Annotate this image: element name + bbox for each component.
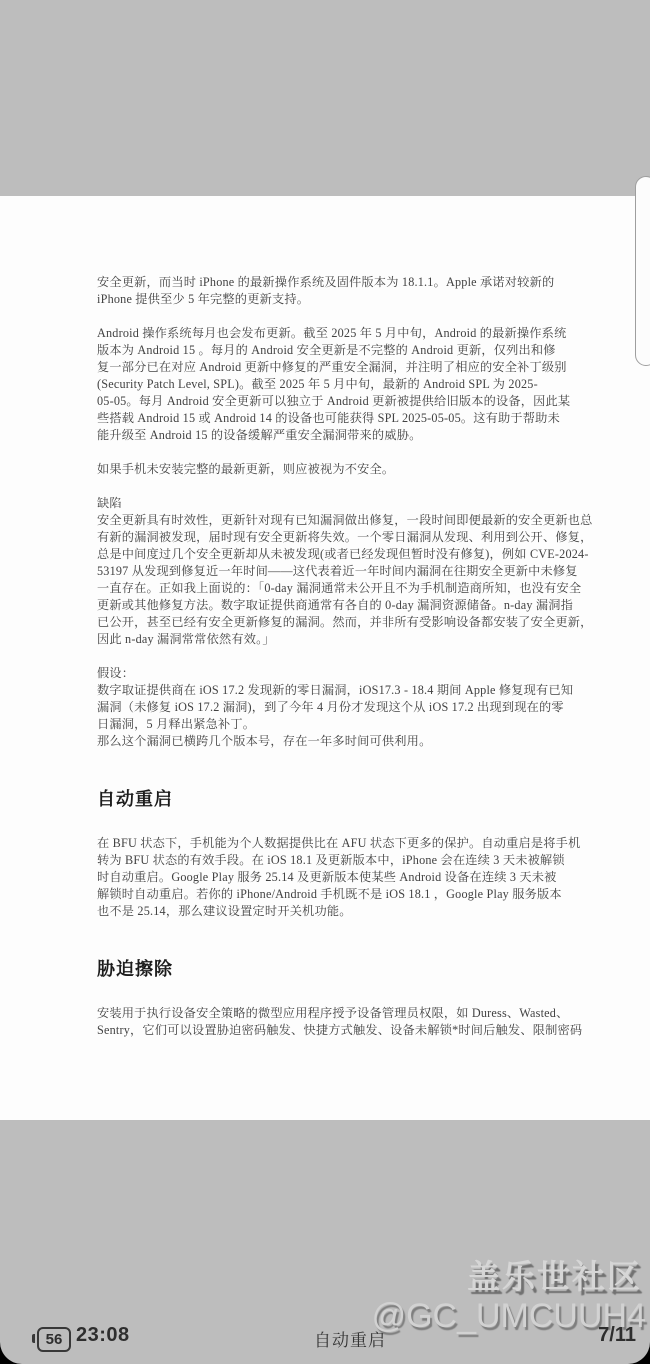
paragraph: 安装用于执行设备安全策略的微型应用程序授予设备管理员权限，如 Duress、Wa…	[97, 1005, 567, 1039]
text-line: 已公开，甚至已经有安全更新修复的漏洞。然而，并非所有受影响设备都安装了安全更新，	[97, 614, 567, 631]
text-line: 如果手机未安装完整的最新更新，则应被视为不安全。	[97, 461, 567, 478]
text-line: 时自动重启。Google Play 服务 25.14 及更新版本使某些 Andr…	[97, 869, 567, 886]
text-line: Sentry，它们可以设置胁迫密码触发、快捷方式触发、设备未解锁*时间后触发、限…	[97, 1022, 567, 1039]
text-line: 在 BFU 状态下，手机能为个人数据提供比在 AFU 状态下更多的保护。自动重启…	[97, 835, 567, 852]
text-line: 能升级至 Android 15 的设备缓解严重安全漏洞带来的威胁。	[97, 427, 567, 444]
text-line: 更新或其他修复方法。数字取证提供商通常有各自的 0-day 漏洞资源储备。n-d…	[97, 597, 567, 614]
section-heading: 自动重启	[97, 787, 567, 811]
document-page[interactable]: 安全更新，而当时 iPhone 的最新操作系统及固件版本为 18.1.1。App…	[0, 196, 650, 1120]
document-title: 自动重启	[314, 1326, 386, 1351]
paragraph: 如果手机未安装完整的最新更新，则应被视为不安全。	[97, 461, 567, 478]
text-line: 些搭载 Android 15 或 Android 14 的设备也可能获得 SPL…	[97, 410, 567, 427]
status-bar: 56 23:08 自动重启 7/11	[0, 1320, 650, 1364]
text-line: 转为 BFU 状态的有效手段。在 iOS 18.1 及更新版本中，iPhone …	[97, 852, 567, 869]
text-line: 有新的漏洞被发现，届时现有安全更新将失效。一个零日漏洞从发现、利用到公开、修复，	[97, 529, 567, 546]
text-line: 也不是 25.14，那么建议设置定时开关机功能。	[97, 903, 567, 920]
watermark-community: 盖乐世社区	[372, 1258, 642, 1296]
text-line: 缺陷	[97, 495, 567, 512]
battery-icon: 56	[37, 1327, 71, 1352]
page-indicator: 7/11	[598, 1324, 636, 1347]
text-line: 05-05。每月 Android 安全更新可以独立于 Android 更新被提供…	[97, 393, 567, 410]
text-line: 复一部分已在对应 Android 更新中修复的严重安全漏洞，并注明了相应的安全补…	[97, 359, 567, 376]
text-line: 版本为 Android 15 。每月的 Android 安全更新是不完整的 An…	[97, 342, 567, 359]
clock-time: 23:08	[76, 1324, 130, 1347]
text-line: 总是中间度过几个安全更新却从未被发现(或者已经发现但暂时没有修复)，例如 CVE…	[97, 546, 567, 563]
section-heading: 胁迫擦除	[97, 957, 567, 981]
text-line: 53197 从发现到修复近一年时间——这代表着近一年时间内漏洞在往期安全更新中未…	[97, 563, 567, 580]
paragraph: 安全更新，而当时 iPhone 的最新操作系统及固件版本为 18.1.1。App…	[97, 274, 567, 308]
document-content: 安全更新，而当时 iPhone 的最新操作系统及固件版本为 18.1.1。App…	[97, 274, 567, 1056]
paragraph: 缺陷	[97, 495, 567, 512]
text-line: 因此 n-day 漏洞常常依然有效。」	[97, 631, 567, 648]
text-line: 数字取证提供商在 iOS 17.2 发现新的零日漏洞，iOS17.3 - 18.…	[97, 682, 567, 699]
paragraph: Android 操作系统每月也会发布更新。截至 2025 年 5 月中旬，And…	[97, 325, 567, 444]
paragraph: 数字取证提供商在 iOS 17.2 发现新的零日漏洞，iOS17.3 - 18.…	[97, 682, 567, 750]
text-line: 那么这个漏洞已横跨几个版本号，存在一年多时间可供利用。	[97, 733, 567, 750]
scrollbar-thumb[interactable]	[635, 176, 650, 366]
text-line: 漏洞（未修复 iOS 17.2 漏洞)，到了今年 4 月份才发现这个从 iOS …	[97, 699, 567, 716]
reader-screen: 安全更新，而当时 iPhone 的最新操作系统及固件版本为 18.1.1。App…	[0, 0, 650, 1364]
text-line: 一直存在。正如我上面说的：「0-day 漏洞通常未公开且不为手机制造商所知，也没…	[97, 580, 567, 597]
text-line: 安全更新，而当时 iPhone 的最新操作系统及固件版本为 18.1.1。App…	[97, 274, 567, 291]
text-line: (Security Patch Level, SPL)。截至 2025 年 5 …	[97, 376, 567, 393]
paragraph: 在 BFU 状态下，手机能为个人数据提供比在 AFU 状态下更多的保护。自动重启…	[97, 835, 567, 920]
text-line: Android 操作系统每月也会发布更新。截至 2025 年 5 月中旬，And…	[97, 325, 567, 342]
text-line: 安全更新具有时效性，更新针对现有已知漏洞做出修复，一段时间即便最新的安全更新也总	[97, 512, 567, 529]
text-line: 解锁时自动重启。若你的 iPhone/Android 手机既不是 iOS 18.…	[97, 886, 567, 903]
paragraph: 安全更新具有时效性，更新针对现有已知漏洞做出修复，一段时间即便最新的安全更新也总…	[97, 512, 567, 648]
text-line: 假设：	[97, 665, 567, 682]
text-line: iPhone 提供至少 5 年完整的更新支持。	[97, 291, 567, 308]
paragraph: 假设：	[97, 665, 567, 682]
text-line: 日漏洞，5 月释出紧急补丁。	[97, 716, 567, 733]
text-line: 安装用于执行设备安全策略的微型应用程序授予设备管理员权限，如 Duress、Wa…	[97, 1005, 567, 1022]
